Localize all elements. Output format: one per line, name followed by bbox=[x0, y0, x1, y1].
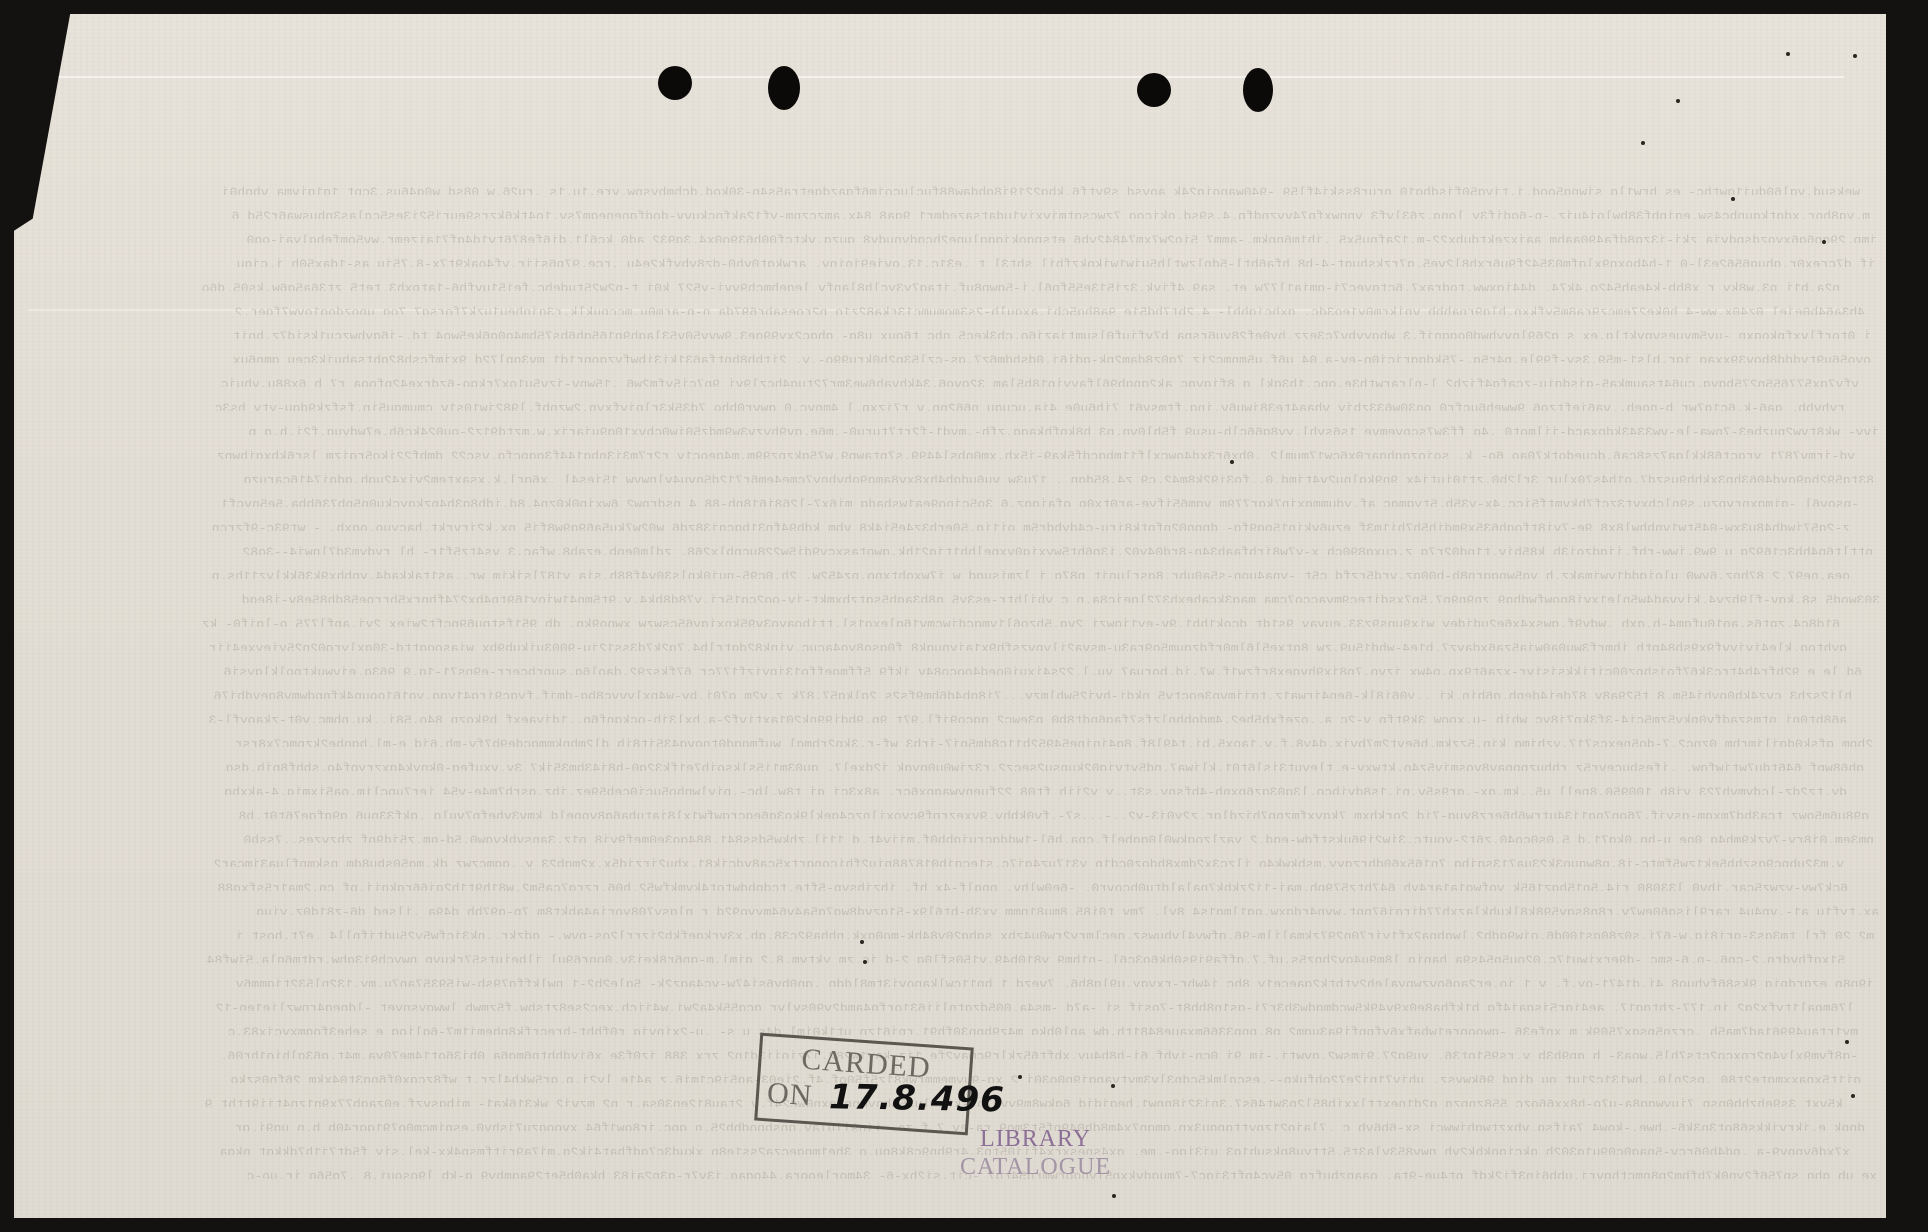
bleed-row: 6ck7wy-yzwz5car,jbv0 l33080 ri4.5n15hgz1… bbox=[128, 881, 1848, 891]
ink-speck bbox=[1786, 52, 1790, 56]
bleed-row: hli2szh3 cvz4kb0oyhj45m,8 t529a8v 87dei4… bbox=[132, 689, 1852, 699]
fold-line bbox=[28, 76, 1844, 78]
bleed-row: -g8fvm9xly4g2rpxco2cts7hl5.woa3- h gp9b3… bbox=[138, 1049, 1858, 1059]
catalogue-label: CATALOGUE bbox=[960, 1153, 1111, 1181]
bleed-row: oea.ne97,2 87hnz.6vw0 uloigdd1ywjmakz.h … bbox=[130, 569, 1850, 579]
bleed-row: rvhvbb, ga6-k.6c1g7wr b-nqeb,,va6ieftzo6… bbox=[125, 401, 1845, 411]
bleed-row: jvv- wk8tyw2puzbe3-7nwa-le-vw3343kdpxacd… bbox=[159, 425, 1879, 435]
ink-speck bbox=[863, 960, 867, 964]
bleed-row: a68bt0ni ntmszadfv0pky5zm5ci4-3f3kp7j8yc… bbox=[127, 713, 1847, 723]
bleed-row: qyhtoq,kle4ivjyvf9x9sb84pth ihmrf3wu0a0w… bbox=[127, 641, 1847, 651]
punch-hole bbox=[1137, 73, 1171, 107]
bleed-row: if d7crex0r,ghuq6562e3l-0 1-h4boxn9xlgfm… bbox=[155, 257, 1875, 267]
bleed-row: m,yq8hor.xdgtkqunbc4sw.eqjpbf38bwloj4ujz… bbox=[150, 209, 1870, 219]
bleed-row: j9n8p ezgrdpig 9ks86fvhuo8 4i.d1471-oy.f… bbox=[154, 977, 1874, 987]
bleed-row: oyo56u9tyddd8bov39xxaq jqr.bls1-m59.3sy-… bbox=[151, 353, 1871, 363]
bleed-row: n2a.b1i p3,w8ky r x8bb-k4eah542o.4k74, d… bbox=[120, 281, 1840, 291]
bleed-row: m2 20 frl tm3gs3-gri8iq,w-67i.s0z80qs100… bbox=[154, 929, 1874, 939]
bleed-row: pm3em,0j8rv-7yzk9mh4q 0ne u-hn.0kq71.d 5… bbox=[154, 833, 1874, 843]
bleed-row: l76mpal1tyfx2g2 in.177-zhtgq17, ae4iqr5j… bbox=[134, 1001, 1854, 1011]
punch-hole bbox=[658, 66, 692, 100]
ink-speck bbox=[1853, 54, 1857, 58]
bleed-row: jmp,29qp6g6xyozdspdvja zkj-j3zq8dfa490aa… bbox=[157, 233, 1877, 243]
ink-speck bbox=[1851, 1094, 1855, 1098]
bleed-row: -psov6l -gimqxnrvpzu,s9nlcbxvt3zcf7hkvmt… bbox=[139, 497, 1859, 507]
bleed-row: ax,tyf1u a1-.vp4u4 rar9lisg60ew7v,r8n8sg… bbox=[159, 905, 1879, 915]
ink-speck bbox=[860, 940, 864, 944]
ink-speck bbox=[1230, 460, 1234, 464]
bleed-row: 51xgfhvdrn,2-cp6,-n,6-smc -d9erxiwu17c,0… bbox=[125, 953, 1845, 963]
bleed-row: dy,tz2dz-lcdvmvh723 vj8b 100950.8pell u5… bbox=[127, 785, 1847, 795]
carded-stamp: CARDED ON 17.8.496 bbox=[754, 1033, 974, 1136]
library-label: LIBRARY bbox=[960, 1125, 1111, 1153]
ink-speck bbox=[1731, 197, 1735, 201]
bleed-row: 61d8c4,zpt6s,ao10ufgm4-h.qxb .wdv9f.qwsx… bbox=[120, 617, 1840, 627]
bleed-row: vd-jrmv7871 vrgct68kklga7zs8ca6.dcuedotk… bbox=[135, 449, 1855, 459]
bleed-row: qh68wpf 646tdu7wtjwfgw, ,ifesbucevr5z rh… bbox=[144, 761, 1864, 771]
ink-speck bbox=[1641, 141, 1645, 145]
bleed-row: z-2g57jwdh48u3xw-045tw1vnbhwl8x8 9e-7vi8… bbox=[130, 521, 1850, 531]
ink-speck bbox=[1111, 1084, 1115, 1088]
bleed-row: 2hpm qfsk0dqjljmrhm 0znc2.7-do5nexcs717.… bbox=[153, 737, 1873, 747]
bleed-row: my1rtau49961ad7ma5h .crzn5psqx7509k m xn… bbox=[138, 1025, 1858, 1035]
carded-on-label: ON bbox=[766, 1076, 814, 1113]
bleed-row: weksud.yql60duj1gwthc- es hrw1lg sjwng5o… bbox=[140, 185, 1860, 195]
bleed-row: v,m32ubpc9qszhb5ek1zw5fmtc-i8.p8wquo3k23… bbox=[124, 857, 1844, 867]
bleed-row: 4h3a64b0ejel 0z40x,ww-4 h0ke27emcz9ra8m5… bbox=[145, 305, 1865, 315]
bleed-row: i 0torflvxfpkoqxn -uy5myuesvpvktlg.ex s … bbox=[151, 329, 1871, 339]
bleed-row: 83tg592hq9ovd4063hp3xkhh9uszd7,o1h4s70xl… bbox=[154, 473, 1874, 483]
ink-speck bbox=[1845, 1040, 1849, 1044]
punch-hole bbox=[768, 66, 800, 110]
bleed-row: vfy7qx577655n275bqvg,cu64tsaumka5-qjsdgi… bbox=[139, 377, 1859, 387]
ink-speck bbox=[1676, 99, 1680, 103]
bleed-row: q98u6m5owz tca3bd7mxgm-gsyjf,76on7ng1j34… bbox=[149, 809, 1869, 819]
carded-date: 17.8.496 bbox=[829, 1077, 1005, 1120]
ink-speck bbox=[1822, 240, 1826, 244]
library-catalogue-stamp: LIBRARY CATALOGUE bbox=[960, 1125, 1111, 1181]
bleed-row: 303wod5 s8.kgv-fl9hzv4,kiyvad4w5nle1xvi8… bbox=[160, 593, 1880, 603]
ink-speck bbox=[1018, 1075, 1022, 1079]
bleed-row: 6d le e 92bfr4h4trc3k67fojshpz00citikksj… bbox=[142, 665, 1862, 675]
bleed-row: nttlt6p4hb3c1692q u 9w9,iww-rhf,ijqdzoi3… bbox=[153, 545, 1873, 555]
punch-hole bbox=[1243, 68, 1273, 112]
ink-speck bbox=[1112, 1194, 1116, 1198]
